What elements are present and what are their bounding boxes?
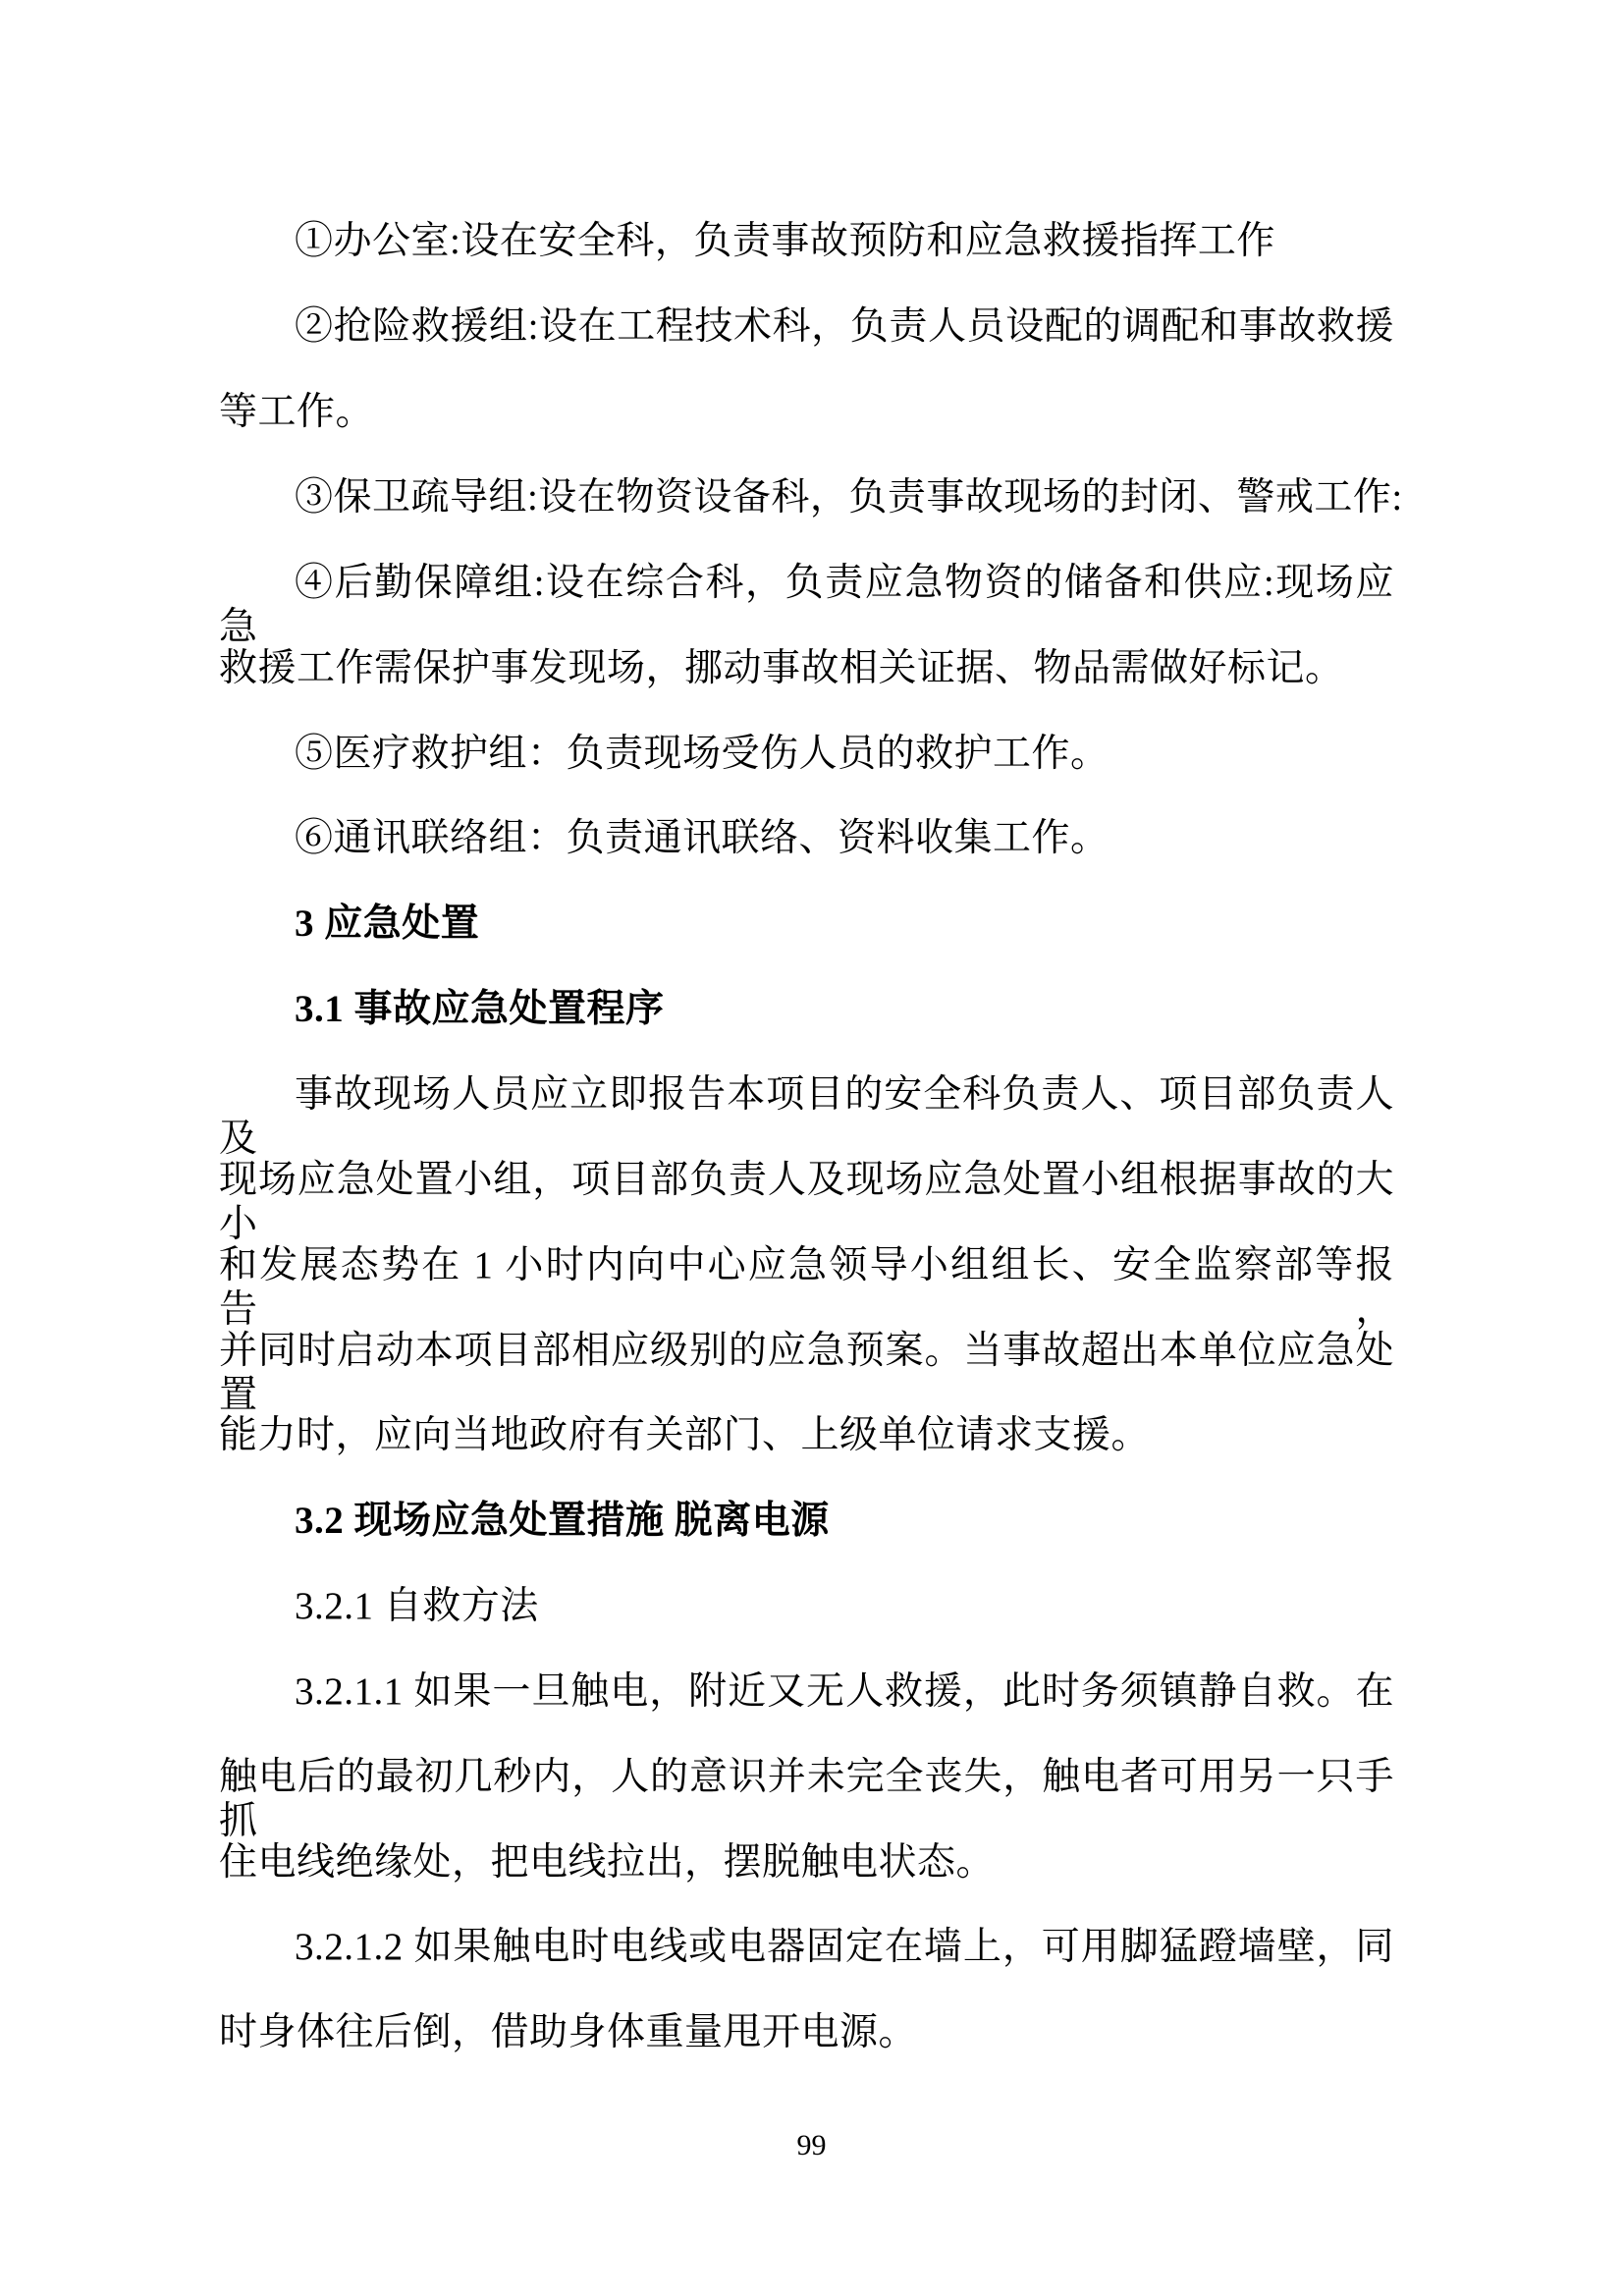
paragraph-line-office-group: ①办公室:设在安全科，负责事故预防和应急救援指挥工作 [219,219,1394,263]
document-page: ①办公室:设在安全科，负责事故预防和应急救援指挥工作 ②抢险救援组:设在工程技术… [0,0,1623,2296]
paragraph-line-report-5: 能力时，应向当地政府有关部门、上级单位请求支援。 [219,1413,1394,1457]
heading-section-3-2-1: 3.2.1 自救方法 [219,1584,1394,1628]
paragraph-line-selfrescue-2: 触电后的最初几秒内，人的意识并未完全丧失，触电者可用另一只手抓 [219,1755,1394,1843]
paragraph-line-security-group: ③保卫疏导组:设在物资设备科，负责事故现场的封闭、警戒工作: [219,475,1394,519]
paragraph-line-report-4: 并同时启动本项目部相应级别的应急预案。当事故超出本单位应急处置 [219,1329,1394,1417]
paragraph-line-selfrescue-4: 3.2.1.2 如果触电时电线或电器固定在墙上，可用脚猛蹬墙壁，同 [219,1925,1394,1969]
paragraph-line-report-2: 现场应急处置小组，项目部负责人及现场应急处置小组根据事故的大小 [219,1158,1394,1246]
paragraph-line-selfrescue-1: 3.2.1.1 如果一旦触电，附近又无人救援，此时务须镇静自救。在 [219,1669,1394,1714]
paragraph-line-comms-group: ⑥通讯联络组：负责通讯联络、资料收集工作。 [219,816,1394,860]
paragraph-line-logistics-group: ④后勤保障组:设在综合科，负责应急物资的储备和供应:现场应急 [219,561,1394,649]
heading-section-3-2: 3.2 现场应急处置措施 脱离电源 [219,1499,1394,1543]
page-number: 99 [0,2129,1623,2162]
heading-section-3-1: 3.1 事故应急处置程序 [219,987,1394,1031]
paragraph-line-rescue-group: ②抢险救援组:设在工程技术科，负责人员设配的调配和事故救援 [219,304,1394,349]
paragraph-line-logistics-cont: 救援工作需保护事发现场，挪动事故相关证据、物品需做好标记。 [219,646,1394,690]
paragraph-line-medical-group: ⑤医疗救护组：负责现场受伤人员的救护工作。 [219,732,1394,776]
paragraph-line-rescue-group-cont: 等工作。 [219,390,1394,434]
paragraph-line-selfrescue-5: 时身体往后倒，借助身体重量甩开电源。 [219,2010,1394,2054]
paragraph-line-report-1: 事故现场人员应立即报告本项目的安全科负责人、项目部负责人及 [219,1072,1394,1161]
heading-section-3: 3 应急处置 [219,902,1394,946]
paragraph-line-report-3: 和发展态势在 1 小时内向中心应急领导小组组长、安全监察部等报告， [219,1243,1394,1332]
paragraph-line-selfrescue-3: 住电线绝缘处，把电线拉出，摆脱触电状态。 [219,1840,1394,1885]
